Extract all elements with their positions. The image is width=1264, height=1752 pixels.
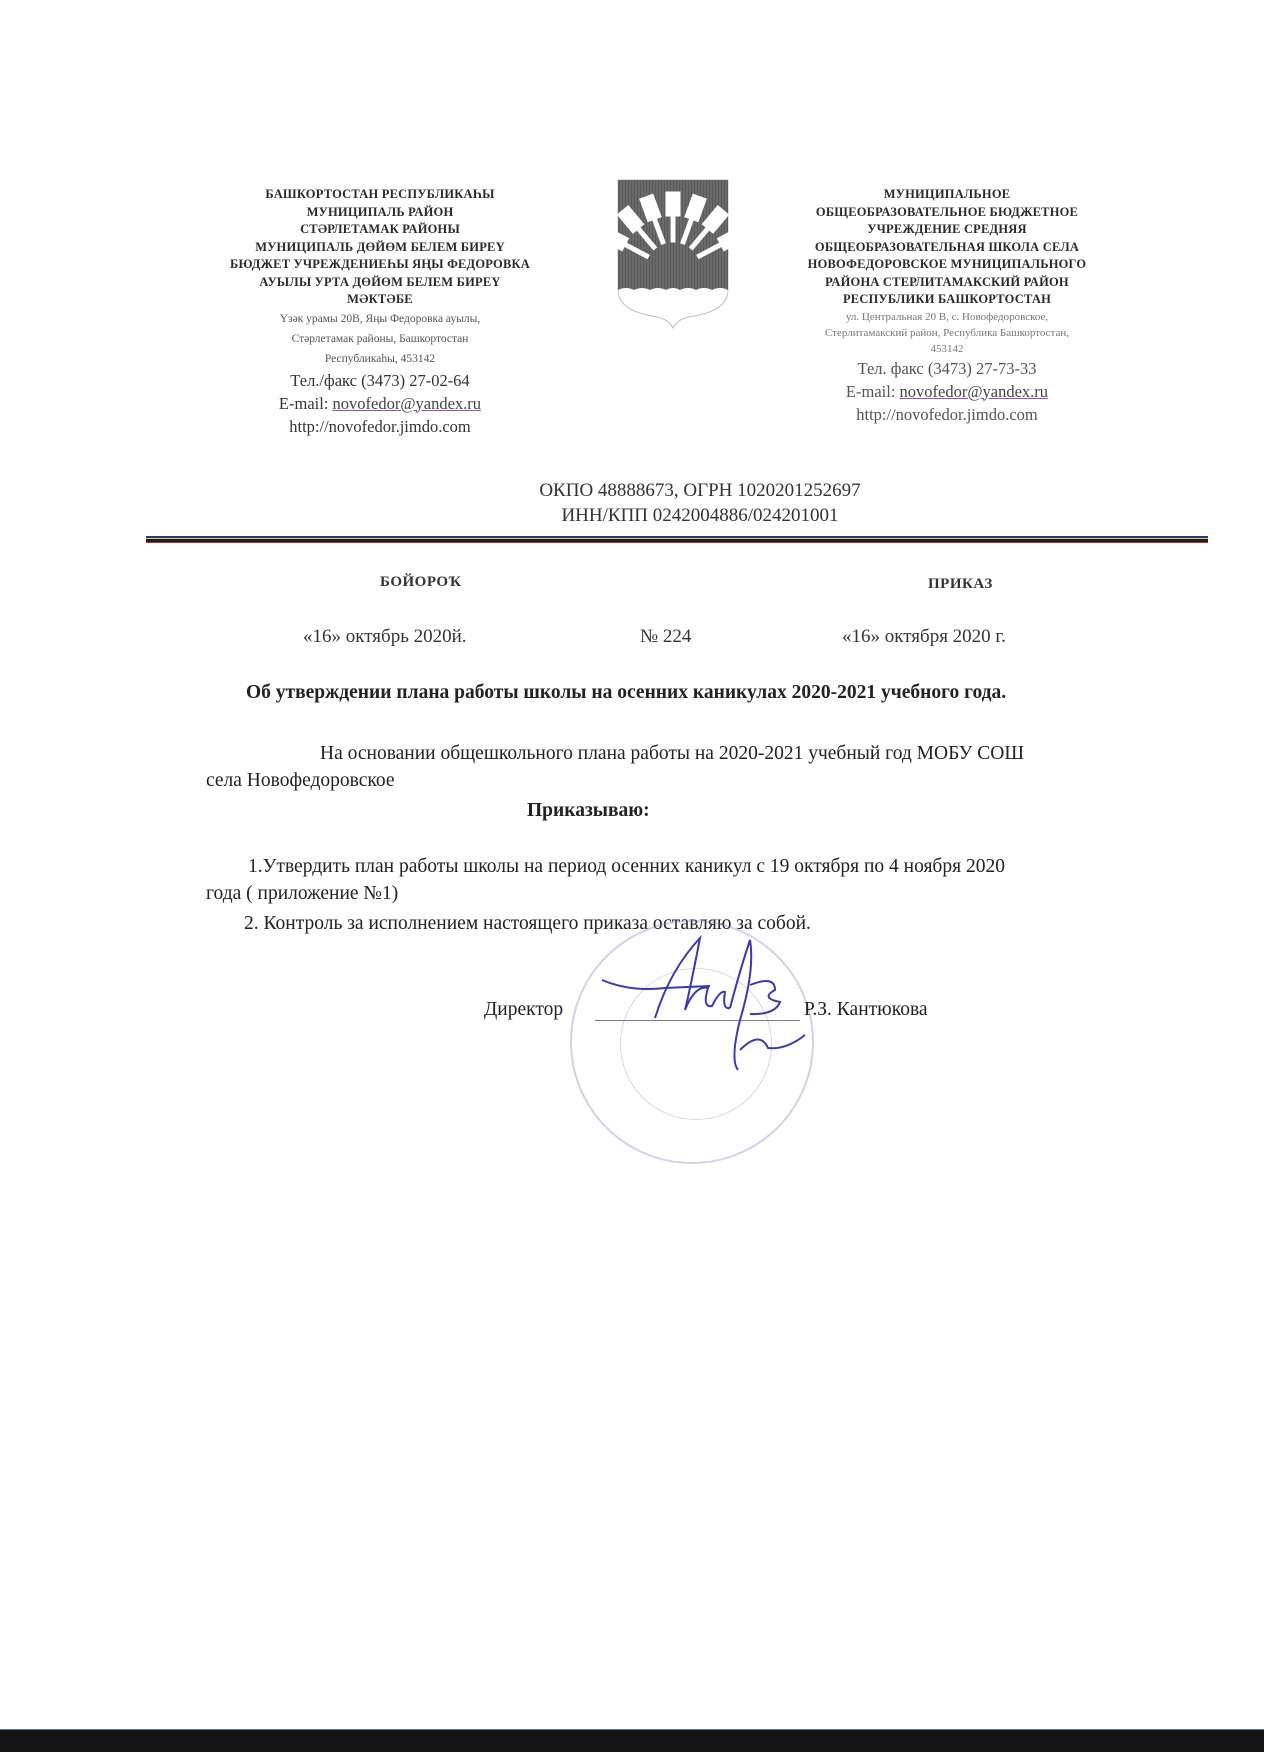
order-date-bashkir: «16» октябрь 2020й. [303, 626, 467, 648]
header-left-address-line: Стәрлетамак районы, Башкортостан [170, 329, 590, 349]
header-left-bashkir: БАШКОРТОСТАН РЕСПУБЛИКАҺЫ МУНИЦИПАЛЬ РАЙ… [170, 186, 590, 438]
email-label: E-mail: [279, 394, 333, 413]
header-right-address-line: Стерлитамакский район, Республика Башкор… [752, 325, 1142, 341]
header-left-website[interactable]: http://novofedor.jimdo.com [170, 415, 590, 438]
signatory-name: Р.З. Кантюкова [804, 996, 928, 1023]
header-left-title-line: МУНИЦИПАЛЬ РАЙОН [170, 204, 590, 222]
basis-line-2: села Новофедоровское [206, 767, 395, 794]
header-left-title-line: АУЫЛЫ УРТА ДӨЙӨМ БЕЛЕМ БИРЕҮ [170, 274, 590, 292]
okpo-ogrn: ОКПО 48888673, ОГРН 1020201252697 [440, 478, 960, 503]
basis-line-1: На основании общешкольного плана работы … [320, 740, 1024, 767]
order-date-russian: «16» октября 2020 г. [842, 626, 1006, 648]
header-left-title-line: БАШКОРТОСТАН РЕСПУБЛИКАҺЫ [170, 186, 590, 204]
header-left-address-line: Республикаһы, 453142 [170, 349, 590, 369]
inn-kpp: ИНН/КПП 0242004886/024201001 [440, 503, 960, 528]
order-item-1-line-1: 1.Утвердить план работы школы на период … [248, 853, 1005, 880]
header-left-phone: Тел./факс (3473) 27-02-64 [170, 369, 590, 392]
header-left-title-line: БЮДЖЕТ УЧРЕЖДЕНИЕҺЫ ЯҢЫ ФЕДОРОВКА [170, 256, 590, 274]
header-right-title-line: УЧРЕЖДЕНИЕ СРЕДНЯЯ [752, 221, 1142, 239]
header-right-title-line: РЕСПУБЛИКИ БАШКОРТОСТАН [752, 291, 1142, 309]
order-kind-bashkir: БОЙОРОҠ [380, 574, 462, 591]
coat-of-arms-icon [616, 178, 730, 330]
email-link[interactable]: novofedor@yandex.ru [900, 382, 1049, 401]
header-right-title-line: РАЙОНА СТЕРЛИТАМАКСКИЙ РАЙОН [752, 274, 1142, 292]
email-label: E-mail: [846, 382, 900, 401]
email-link[interactable]: novofedor@yandex.ru [333, 394, 482, 413]
header-divider [146, 536, 1208, 543]
header-right-title-line: НОВОФЕДОРОВСКОЕ МУНИЦИПАЛЬНОГО [752, 256, 1142, 274]
registration-block: ОКПО 48888673, ОГРН 1020201252697 ИНН/КП… [440, 478, 960, 528]
header-right-russian: МУНИЦИПАЛЬНОЕ ОБЩЕОБРАЗОВАТЕЛЬНОЕ БЮДЖЕТ… [752, 186, 1142, 426]
header-left-title-line: МӘКТӘБЕ [170, 291, 590, 309]
signature-position: Директор [484, 996, 563, 1023]
header-right-email-row: E-mail: novofedor@yandex.ru [752, 380, 1142, 403]
header-left-title-line: СТӘРЛЕТАМАК РАЙОНЫ [170, 221, 590, 239]
header-right-title-line: ОБЩЕОБРАЗОВАТЕЛЬНАЯ ШКОЛА СЕЛА [752, 239, 1142, 257]
order-kind-russian: ПРИКАЗ [928, 576, 993, 593]
handwritten-signature-icon [590, 930, 820, 1085]
header-left-address-line: Үзәк урамы 20В, Яңы Федоровка ауылы, [170, 309, 590, 329]
header-left-email-row: E-mail: novofedor@yandex.ru [170, 392, 590, 415]
scan-edge-bar [0, 1729, 1264, 1752]
header-left-title-line: МУНИЦИПАЛЬ ДӨЙӨМ БЕЛЕМ БИРЕҮ [170, 239, 590, 257]
order-word: Приказываю: [527, 797, 650, 824]
header-right-address-line: ул. Центральная 20 В, с. Новофедоровское… [752, 309, 1142, 325]
header-right-title-line: МУНИЦИПАЛЬНОЕ [752, 186, 1142, 204]
header-right-website[interactable]: http://novofedor.jimdo.com [752, 403, 1142, 426]
order-number: № 224 [640, 626, 691, 648]
order-item-1-line-2: года ( приложение №1) [206, 880, 398, 907]
header-right-phone: Тел. факс (3473) 27-73-33 [752, 357, 1142, 380]
document-title: Об утверждении плана работы школы на осе… [246, 682, 1006, 704]
header-right-title-line: ОБЩЕОБРАЗОВАТЕЛЬНОЕ БЮДЖЕТНОЕ [752, 204, 1142, 222]
header-right-address-line: 453142 [752, 341, 1142, 357]
